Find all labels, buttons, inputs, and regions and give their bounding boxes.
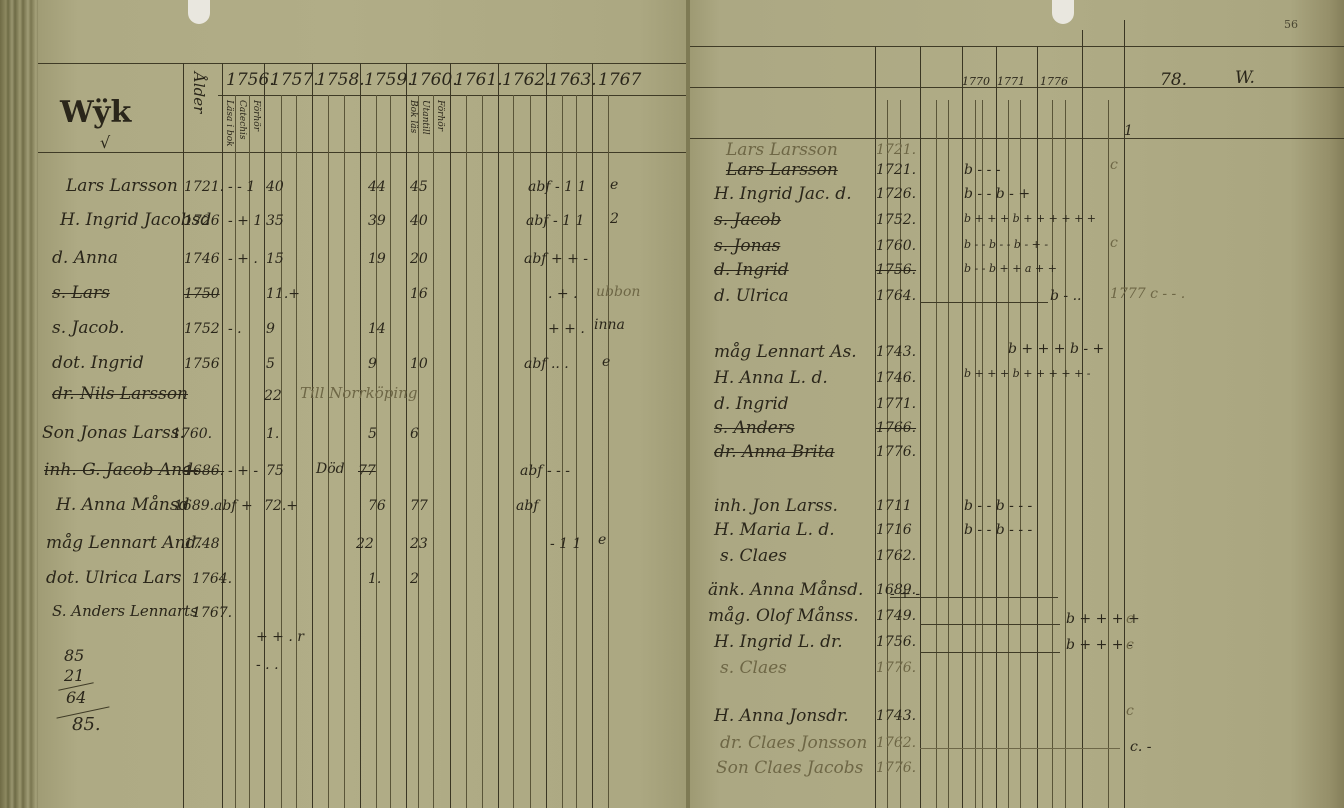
person-name: inh. G. Jacob And. (44, 462, 198, 479)
header-rule-top (690, 46, 1344, 47)
birth-year: 1721. (876, 143, 916, 157)
birth-year: 1756. (876, 263, 916, 277)
birth-year: 1726. (876, 187, 916, 201)
person-name: H. Ingrid Jac. d. (714, 186, 852, 203)
header-rule-bottom (38, 152, 688, 153)
exam-marks: - + - (890, 587, 920, 601)
book-page-edges (0, 0, 38, 808)
person-name: dot. Ingrid (52, 355, 144, 372)
person-name: H. Anna Jonsdr. (714, 708, 849, 725)
status: c (1126, 612, 1134, 626)
age-value: 1. (368, 572, 381, 586)
col-rule (249, 95, 250, 808)
binding-hole (1052, 0, 1074, 24)
exam-marks: abf + (214, 499, 253, 513)
age-value: 22 (264, 389, 282, 403)
header-year: 1757. (270, 72, 319, 89)
birth-year: 1762. (876, 736, 916, 750)
age-value: 45 (410, 180, 428, 194)
header-year: 1770 (962, 76, 990, 87)
exam-marks: b - - b - - b - + - (964, 239, 1048, 250)
birth-year: 1748 (184, 537, 220, 551)
exam-marks: b - - b - - - (964, 523, 1032, 537)
person-name: H. Maria L. d. (714, 522, 835, 539)
birth-year: 1764. (192, 572, 232, 586)
tally-marks: - . . (256, 658, 279, 672)
page-title: Wÿk (60, 98, 131, 128)
birth-year: 1776. (876, 661, 916, 675)
age-value: 76 (368, 499, 386, 513)
birth-year: 1689. (174, 499, 214, 513)
person-name: d. Ingrid (714, 262, 789, 279)
header-year: 1767 (598, 72, 641, 89)
birth-year: 1749. (876, 609, 916, 623)
col-rule (562, 95, 563, 808)
birth-year: 1752. (876, 213, 916, 227)
age-value: 11.+ (266, 287, 300, 301)
exam-marks: b - - b + + a + + (964, 263, 1057, 274)
exam-marks: b - - b - + (964, 187, 1030, 201)
exam-marks: - 1 1 (550, 537, 581, 551)
birth-year: 1760. (876, 239, 916, 253)
age-value: 23 (410, 537, 428, 551)
tally-value: 64 (66, 690, 86, 706)
col-rule (222, 63, 223, 808)
birth-year: 1743. (876, 345, 916, 359)
age-value: 14 (368, 322, 386, 336)
person-name: måg Lennart As. (714, 344, 857, 361)
exam-marks: b - .. (1050, 289, 1082, 303)
person-name: Lars Larsson (726, 162, 838, 179)
col-rule (920, 46, 921, 808)
tally-value: 85 (64, 648, 84, 664)
col-rule (982, 100, 983, 808)
note: ubbon (596, 285, 640, 299)
exam-marks: abf (516, 499, 539, 513)
age-value: 20 (410, 252, 428, 266)
subheader: Förhör (435, 100, 444, 131)
col-rule (296, 95, 297, 808)
col-rule (360, 63, 361, 808)
exam-marks: + + . (548, 322, 585, 336)
col-rule (576, 95, 577, 808)
col-rule (482, 95, 483, 808)
age-value: 15 (266, 252, 284, 266)
birth-year: 1756. (876, 635, 916, 649)
age-value: 16 (410, 287, 428, 301)
col-rule (344, 95, 345, 808)
header-year: 1771 (997, 76, 1025, 87)
col-rule (948, 100, 949, 808)
status: 1777 c - - . (1110, 287, 1185, 301)
header-year: 1756. (226, 72, 275, 89)
col-rule (390, 95, 391, 808)
col-rule (264, 63, 265, 808)
person-name: dr. Anna Brita (714, 444, 835, 461)
note: e (598, 533, 606, 547)
col-rule (235, 95, 236, 808)
col-rule (1065, 100, 1066, 808)
status: c. - (1130, 740, 1151, 754)
col-rule (406, 63, 407, 808)
status: c (1126, 638, 1134, 652)
note: Till Norrköping (300, 386, 417, 401)
note: inna (594, 318, 625, 332)
birth-year: 1686. (184, 464, 224, 478)
person-name: inh. Jon Larss. (714, 498, 838, 515)
status: c (1110, 158, 1118, 172)
age-value: 77 (410, 499, 428, 513)
birth-year: 1721. (876, 163, 916, 177)
title-check-mark: √ (100, 135, 110, 151)
header-rule-top (38, 63, 688, 64)
tally-total: 85. (72, 716, 101, 734)
header-year: 1760. (409, 72, 458, 89)
person-name: s. Lars (52, 285, 110, 302)
age-value: 2 (410, 572, 419, 586)
person-name: Son Claes Jacobs (716, 760, 863, 777)
col-rule (530, 95, 531, 808)
exam-marks: abf - 1 1 (526, 214, 584, 228)
ledger-spread: Wÿk √ Ålder 1756. 1757. 1758. 1759. 1760… (0, 0, 1344, 808)
person-name: Lars Larsson (726, 142, 838, 159)
age-value: 1. (266, 427, 279, 441)
col-rule (281, 95, 282, 808)
exam-marks: abf + + - (524, 252, 588, 266)
exam-marks: b + + + b - + (1008, 342, 1104, 356)
header-initial: W. (1235, 70, 1255, 87)
birth-year: 1750 (184, 287, 220, 301)
col-rule (1082, 30, 1083, 808)
entry-rule (920, 652, 1060, 653)
note: e (610, 178, 618, 192)
exam-marks: b + + + - (1066, 638, 1133, 652)
header-year: 1762. (502, 72, 551, 89)
person-name: måg. Olof Månss. (708, 608, 859, 625)
birth-year: 1764. (876, 289, 916, 303)
col-rule (608, 95, 609, 808)
subheader: Catechis (237, 100, 246, 140)
person-name: Lars Larsson (66, 178, 178, 195)
age-value: 5 (266, 357, 275, 371)
exam-marks: abf .. . (524, 357, 569, 371)
birth-year: 1716 (876, 523, 912, 537)
subheader: Bok läs (408, 100, 417, 133)
entry-rule (920, 624, 1060, 625)
subheader: Förhör (251, 100, 260, 131)
birth-year: 1721. (184, 180, 224, 194)
exam-marks: - + - (228, 464, 258, 478)
person-name: dr. Claes Jonsson (720, 735, 867, 752)
age-value: 40 (410, 214, 428, 228)
col-rule (433, 95, 434, 808)
birth-year: 1726 (184, 214, 220, 228)
person-name: S. Anders Lennarts (52, 604, 198, 619)
note: Död (316, 462, 345, 476)
birth-year: 1746. (876, 371, 916, 385)
age-value: 75 (266, 464, 284, 478)
col-rule (513, 95, 514, 808)
person-name: H. Ingrid L. dr. (714, 634, 843, 651)
birth-year: 1752 (184, 322, 220, 336)
exam-marks: - - 1 (228, 180, 255, 194)
age-value: 35 (266, 214, 284, 228)
exam-marks: abf - - - (520, 464, 570, 478)
person-name: Son Jonas Larss. (42, 425, 185, 442)
birth-year: 1760. (172, 427, 212, 441)
age-value: 9 (266, 322, 275, 336)
birth-year: 1766. (876, 421, 916, 435)
tally-marks: + + . r (256, 630, 304, 644)
header-year: 78. (1160, 72, 1187, 89)
page-number: 56 (1284, 18, 1298, 31)
age-value: 72.+ (264, 499, 298, 513)
col-rule (1037, 46, 1038, 808)
note: 2 (610, 212, 619, 226)
col-rule (1052, 100, 1053, 808)
birth-year: 1771. (876, 397, 916, 411)
age-value: 22 (356, 537, 374, 551)
col-rule (996, 46, 997, 808)
exam-marks: - + 1 (228, 214, 262, 228)
status: c (1126, 704, 1134, 718)
col-rule (592, 63, 593, 808)
age-value: 9 (368, 357, 377, 371)
person-name: s. Jacob. (52, 320, 125, 337)
exam-marks: - . (228, 322, 242, 336)
person-name: s. Anders (714, 420, 795, 437)
exam-marks: b - - b - - - (964, 499, 1032, 513)
col-rule (376, 95, 377, 808)
header-rule-bottom (690, 138, 1344, 139)
age-value: 5 (368, 427, 377, 441)
person-name: s. Jonas (714, 238, 780, 255)
person-name: H. Anna Månsd (56, 497, 189, 514)
person-name: s. Claes (720, 660, 787, 677)
entry-rule (920, 302, 1048, 303)
birth-year: 1767. (192, 606, 232, 620)
col-rule (466, 95, 467, 808)
birth-year: 1743. (876, 709, 916, 723)
col-rule (546, 63, 547, 808)
header-year: 1758. (316, 72, 365, 89)
col-rule (936, 100, 937, 808)
person-name: H. Anna L. d. (714, 370, 828, 387)
col-rule (498, 63, 499, 808)
header-year: 1759. (364, 72, 413, 89)
birth-year: 1776. (876, 761, 916, 775)
col-rule (975, 100, 976, 808)
exam-marks: abf - 1 1 (528, 180, 586, 194)
tally-value: 21 (64, 668, 84, 684)
age-value: 44 (368, 180, 386, 194)
birth-year: 1711 (876, 499, 912, 513)
note: e (602, 355, 610, 369)
age-value: 10 (410, 357, 428, 371)
header-mark: 1 (1124, 124, 1133, 138)
exam-marks: b - - - (964, 163, 1001, 177)
col-rule (1108, 100, 1109, 808)
col-rule (1008, 100, 1009, 808)
col-rule (450, 63, 451, 808)
person-name: s. Claes (720, 548, 787, 565)
exam-marks: - + . (228, 252, 258, 266)
subheader: Läsa i bok (224, 100, 233, 147)
person-name: måg Lennart And. (46, 535, 202, 552)
header-year: 1763. (548, 72, 597, 89)
person-name: d. Ulrica (714, 288, 789, 305)
col-rule (328, 95, 329, 808)
right-page: 56 1770 1771 1776 78. W. 1 Lars Larsson … (690, 0, 1344, 808)
exam-marks: . + . (548, 287, 578, 301)
age-value: 40 (266, 180, 284, 194)
age-value: 6 (410, 427, 419, 441)
col-rule (1020, 100, 1021, 808)
person-name: d. Anna (52, 250, 118, 267)
header-rule-years (218, 95, 688, 96)
header-year: 1761. (454, 72, 503, 89)
subheader: Utantill (420, 100, 429, 135)
person-name: d. Ingrid (714, 396, 789, 413)
col-rule (312, 63, 313, 808)
birth-year: 1756 (184, 357, 220, 371)
birth-year: 1776. (876, 445, 916, 459)
header-year: 1776 (1040, 76, 1068, 87)
exam-marks: b + + + b + + + + + + (964, 213, 1096, 224)
age-value: 77 (358, 464, 376, 478)
age-value: 19 (368, 252, 386, 266)
person-name: änk. Anna Månsd. (708, 582, 863, 599)
entry-rule (920, 748, 1120, 749)
person-name: dr. Nils Larsson (52, 386, 188, 403)
header-alder: Ålder (191, 72, 206, 113)
age-value: 39 (368, 214, 386, 228)
person-name: dot. Ulrica Lars (46, 570, 181, 587)
status: c (1110, 236, 1118, 250)
exam-marks: b + + + b + + + + + - (964, 368, 1091, 379)
person-name: s. Jacob (714, 212, 781, 229)
left-page: Wÿk √ Ålder 1756. 1757. 1758. 1759. 1760… (38, 0, 688, 808)
col-rule (418, 95, 419, 808)
binding-hole (188, 0, 210, 24)
birth-year: 1746 (184, 252, 220, 266)
birth-year: 1762. (876, 549, 916, 563)
col-rule (962, 46, 963, 808)
